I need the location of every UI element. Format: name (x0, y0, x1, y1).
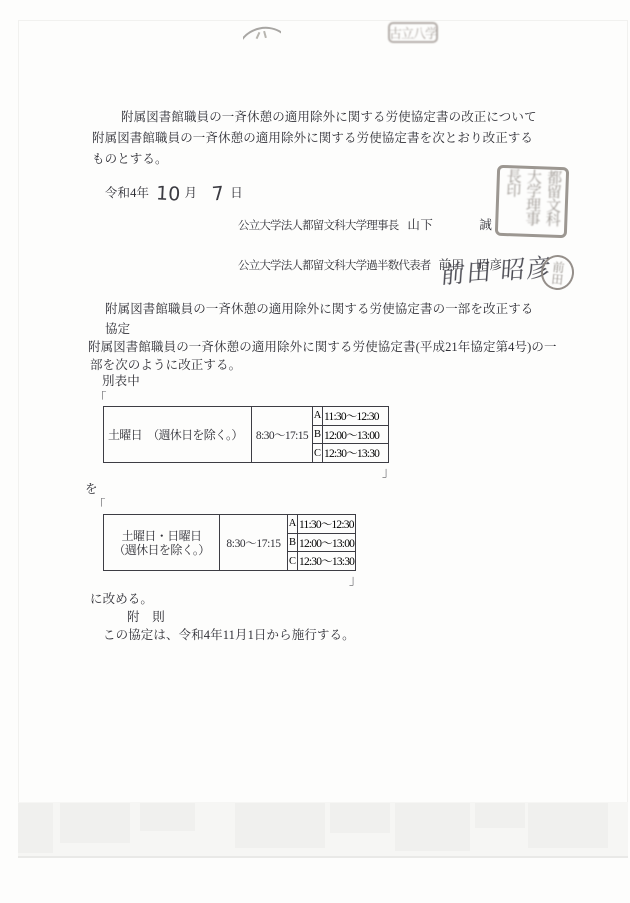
representative-title: 公立大学法人都留文科大学過半数代表者 (238, 260, 431, 272)
break-row: A 11:30～12:30 (313, 407, 388, 426)
wo-label: を (85, 481, 98, 497)
break-label: C (288, 552, 298, 570)
paper-top-edge (18, 20, 628, 21)
break-time: 12:30～13:30 (298, 552, 355, 570)
president-seal-icon: 都留文科大学理事長印 (495, 165, 569, 238)
stamp-arc-shape (243, 24, 281, 45)
scan-artifact-block (235, 803, 325, 848)
break-row: B 12:00～13:00 (288, 534, 355, 553)
date-day-handwritten: 7 (211, 185, 225, 205)
break-row: C 12:30～13:30 (288, 552, 355, 570)
intro-line-2: ものとする。 (92, 151, 168, 167)
break-time: 11:30～12:30 (298, 515, 355, 533)
break-rows: A 11:30～12:30 B 12:00～13:00 C 12:30～13:3… (288, 515, 355, 570)
scan-artifact-block (140, 803, 195, 831)
day-line-2: （週休日を除く。） (113, 543, 209, 557)
date-month-label: 月 (184, 186, 197, 200)
close-bracket-1: 」 (382, 464, 395, 480)
break-row: A 11:30～12:30 (288, 515, 355, 534)
break-label: C (313, 444, 323, 462)
hours-cell: 8:30～17:15 (252, 407, 313, 462)
paper-right-edge (627, 20, 628, 858)
paper-left-edge (18, 20, 19, 858)
scanned-document-page: 古立八学 附属図書館職員の一斉休憩の適用除外に関する労使協定書の改正について 附… (0, 0, 630, 903)
scan-artifact-block (528, 803, 608, 848)
break-time: 12:00～13:00 (323, 426, 388, 444)
enforcement-line: この協定は、令和4年11月1日から施行する。 (103, 627, 355, 643)
hours-cell: 8:30～17:15 (220, 515, 288, 570)
day-cell: 土曜日 （週休日を除く。） (104, 407, 252, 462)
date-line: 令和4年10月7日 (92, 169, 243, 220)
break-label: B (288, 534, 298, 552)
day-line-1: 土曜日・日曜日 (122, 529, 202, 543)
open-bracket-1: 「 (94, 390, 107, 406)
scan-artifact-block (60, 803, 130, 843)
intro-line-1: 附属図書館職員の一斉休憩の適用除外に関する労使協定書を次とおり改正する (92, 130, 533, 146)
amendment-heading-line-2: 協定 (105, 321, 130, 337)
president-seal-glyphs: 都留文科大学理事長印 (501, 168, 564, 235)
representative-handwritten-signature: 前田 昭彦 (440, 247, 554, 290)
date-era: 令和4年 (105, 186, 149, 200)
scan-artifact-block (330, 803, 390, 833)
document-title: 附属図書館職員の一斉休憩の適用除外に関する労使協定書の改正について (121, 109, 537, 125)
amendment-para-line-1: 附属図書館職員の一斉休憩の適用除外に関する労使協定書(平成21年協定第4号)の一 (88, 339, 557, 355)
university-rect-stamp-icon: 古立八学 (388, 22, 438, 43)
break-time: 12:30～13:30 (323, 444, 388, 462)
break-label: B (313, 426, 323, 444)
break-row: B 12:00～13:00 (313, 426, 388, 445)
scan-artifact-block (475, 803, 525, 828)
representative-seal-glyphs: 前田 (550, 260, 564, 285)
close-bracket-2: 」 (349, 572, 362, 588)
break-rows: A 11:30～12:30 B 12:00～13:00 C 12:30～13:3… (313, 407, 388, 462)
amendment-heading-line-1: 附属図書館職員の一斉休憩の適用除外に関する労使協定書の一部を改正する (105, 301, 533, 317)
supplementary-provision-label: 附 則 (127, 609, 165, 625)
partial-round-stamp-icon (243, 24, 281, 45)
break-label: A (313, 407, 323, 425)
president-given-name: 誠 (479, 218, 492, 232)
day-cell: 土曜日・日曜日 （週休日を除く。） (104, 515, 220, 570)
schedule-table-after: 土曜日・日曜日 （週休日を除く。） 8:30～17:15 A 11:30～12:… (103, 514, 356, 571)
scan-artifact-block (18, 803, 53, 853)
date-day-label: 日 (230, 186, 243, 200)
break-time: 12:00～13:00 (298, 534, 355, 552)
schedule-table-before: 土曜日 （週休日を除く。） 8:30～17:15 A 11:30～12:30 B… (103, 406, 389, 463)
president-title: 公立大学法人都留文科大学理事長 (238, 220, 399, 232)
amendment-para-line-2: 部を次のように改正する。 (90, 357, 241, 373)
break-row: C 12:30～13:30 (313, 444, 388, 462)
break-time: 11:30～12:30 (323, 407, 388, 425)
ni-aratameru-label: に改める。 (90, 591, 153, 607)
scan-artifact-block (395, 803, 470, 851)
break-label: A (288, 515, 298, 533)
open-bracket-2: 「 (93, 497, 106, 513)
beppyo-label: 別表中 (102, 373, 140, 389)
scan-artifact-edge-line (18, 856, 628, 858)
date-month-handwritten: 10 (156, 184, 181, 204)
president-family-name: 山下 (407, 218, 433, 232)
